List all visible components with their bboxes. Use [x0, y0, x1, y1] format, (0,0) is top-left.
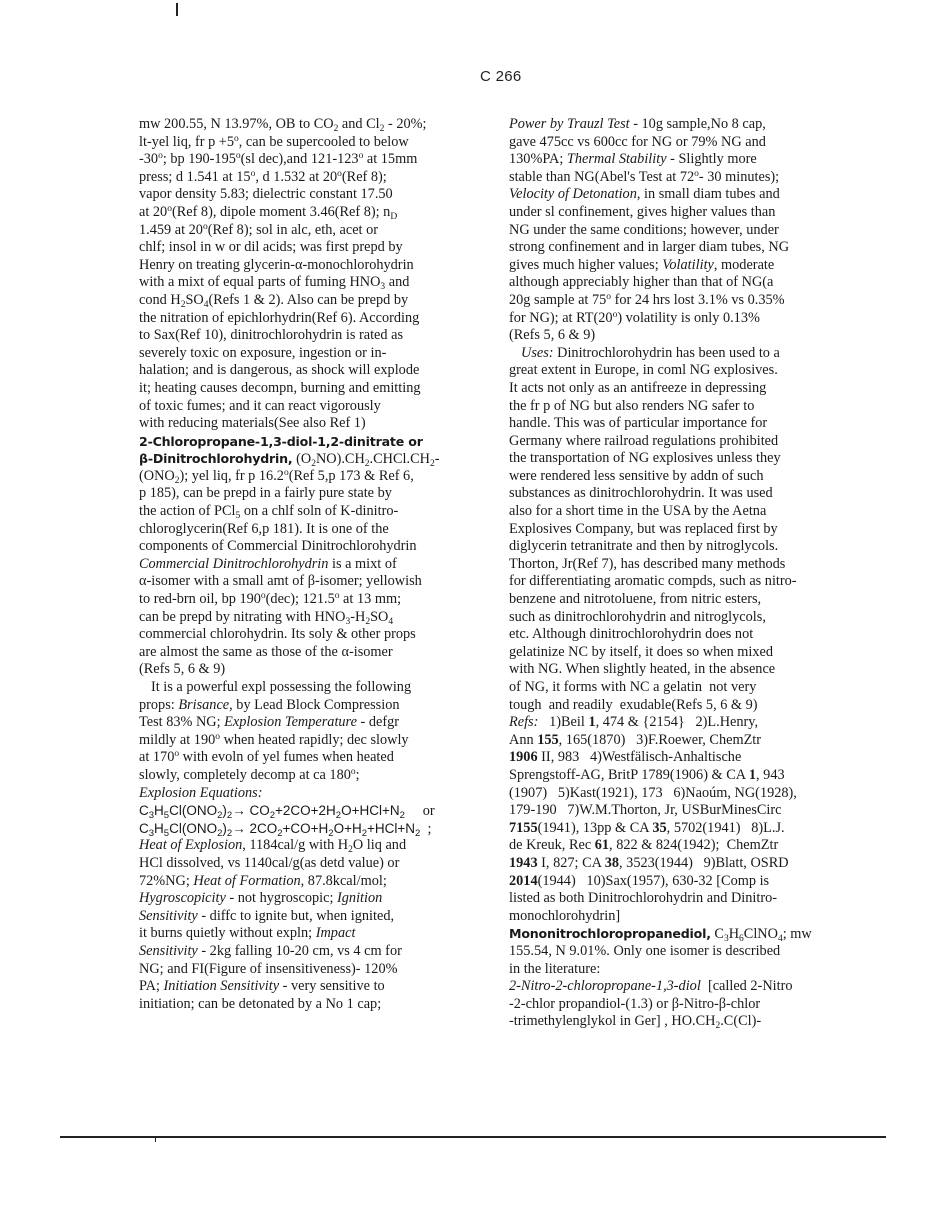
text-line: gives much higher values; Volatility, mo… — [509, 257, 859, 275]
left-text-column: mw 200.55, N 13.97%, OB to CO2 and Cl2 -… — [139, 116, 479, 1013]
text-line: etc. Although dinitrochlorohydrin does n… — [509, 626, 859, 644]
text-line: chlf; insol in w or dil acids; was first… — [139, 239, 479, 257]
text-line: Ann 155, 165(1870) 3)F.Roewer, ChemZtr — [509, 732, 859, 750]
right-text-column: Power by Trauzl Test - 10g sample,No 8 c… — [509, 116, 859, 1031]
text-line: diglycerin tetranitrate and then by nitr… — [509, 538, 859, 556]
text-line: cond H2SO4(Refs 1 & 2). Also can be prep… — [139, 292, 479, 310]
text-line: components of Commercial Dinitrochlorohy… — [139, 538, 479, 556]
text-line: Sensitivity - diffc to ignite but, when … — [139, 908, 479, 926]
text-line: can be prepd by nitrating with HNO3-H2SO… — [139, 609, 479, 627]
text-line: Sprengstoff-AG, BritP 1789(1906) & CA 1,… — [509, 767, 859, 785]
page-number: C 266 — [480, 68, 522, 85]
text-line: 7155(1941), 13pp & CA 35, 5702(1941) 8)L… — [509, 820, 859, 838]
text-line: It is a powerful expl possessing the fol… — [139, 679, 479, 697]
text-line: at 170o with evoln of yel fumes when hea… — [139, 749, 479, 767]
text-line: Henry on treating glycerin-α-monochloroh… — [139, 257, 479, 275]
text-line: gave 475cc vs 600cc for NG or 79% NG and — [509, 134, 859, 152]
text-line: 20g sample at 75o for 24 hrs lost 3.1% v… — [509, 292, 859, 310]
text-line: to Sax(Ref 10), dinitrochlorohydrin is r… — [139, 327, 479, 345]
text-line: it burns quietly without expln; Impact — [139, 925, 479, 943]
text-line: were rendered less sensitive by addn of … — [509, 468, 859, 486]
text-line: commercial chlorohydrin. Its soly & othe… — [139, 626, 479, 644]
text-line: β-Dinitrochlorohydrin, (O2NO).CH2.CHCl.C… — [139, 450, 479, 468]
text-line: C3H5Cl(ONO2)2→ 2CO2+CO+H2O+H2+HCl+N2 ; — [139, 820, 479, 838]
text-line: 155.54, N 9.01%. Only one isomer is desc… — [509, 943, 859, 961]
text-line: (ONO2); yel liq, fr p 16.2o(Ref 5,p 173 … — [139, 468, 479, 486]
text-line: Germany where railroad regulations prohi… — [509, 433, 859, 451]
text-line: initiation; can be detonated by a No 1 c… — [139, 996, 479, 1014]
text-line: the action of PCl5 on a chlf soln of K-d… — [139, 503, 479, 521]
text-line: 1943 I, 827; CA 38, 3523(1944) 9)Blatt, … — [509, 855, 859, 873]
text-line: props: Brisance, by Lead Block Compressi… — [139, 697, 479, 715]
text-line: Explosion Equations: — [139, 785, 479, 803]
text-line: Commercial Dinitrochlorohydrin is a mixt… — [139, 556, 479, 574]
text-line: the transportation of NG explosives unle… — [509, 450, 859, 468]
scan-margin-mark — [176, 3, 178, 16]
text-line: Mononitrochloropropanediol, C3H6ClNO4; m… — [509, 925, 859, 943]
text-line: stable than NG(Abel's Test at 72o- 30 mi… — [509, 169, 859, 187]
text-line: with NG. When slightly heated, in the ab… — [509, 661, 859, 679]
text-line: for differentiating aromatic compds, suc… — [509, 573, 859, 591]
text-line: strong confinement and in larger diam tu… — [509, 239, 859, 257]
text-line: with a mixt of equal parts of fuming HNO… — [139, 274, 479, 292]
text-line: for NG); at RT(20o) volatility is only 0… — [509, 310, 859, 328]
text-line: (1907) 5)Kast(1921), 173 6)Naoúm, NG(192… — [509, 785, 859, 803]
text-line: handle. This was of particular importanc… — [509, 415, 859, 433]
text-line: although appreciably higher than that of… — [509, 274, 859, 292]
text-line: to red-brn oil, bp 190o(dec); 121.5o at … — [139, 591, 479, 609]
text-line: such as dinitrochlorohydrin and nitrogly… — [509, 609, 859, 627]
text-line: 2014(1944) 10)Sax(1957), 630-32 [Comp is — [509, 873, 859, 891]
footer-rule — [60, 1136, 886, 1138]
text-line: 2-Chloropropane-1,3-diol-1,2-dinitrate o… — [139, 433, 479, 451]
text-line: Uses: Dinitrochlorohydrin has been used … — [509, 345, 859, 363]
text-line: p 185), can be prepd in a fairly pure st… — [139, 485, 479, 503]
text-line: gelatinize NC by itself, it does so when… — [509, 644, 859, 662]
text-line: benzene and nitrotoluene, from nitric es… — [509, 591, 859, 609]
text-line: C3H5Cl(ONO2)2→ CO2+2CO+2H2O+HCl+N2 or — [139, 802, 479, 820]
text-line: NG under the same conditions; however, u… — [509, 222, 859, 240]
text-line: press; d 1.541 at 15o, d 1.532 at 20o(Re… — [139, 169, 479, 187]
text-line: 130%PA; Thermal Stability - Slightly mor… — [509, 151, 859, 169]
text-line: great extent in Europe, in coml NG explo… — [509, 362, 859, 380]
text-line: 179-190 7)W.M.Thorton, Jr, USBurMinesCir… — [509, 802, 859, 820]
text-line: HCl dissolved, vs 1140cal/g(as detd valu… — [139, 855, 479, 873]
text-line: tough and readily exudable(Refs 5, 6 & 9… — [509, 697, 859, 715]
text-line: monochlorohydrin] — [509, 908, 859, 926]
text-line: of NG, it forms with NC a gelatin not ve… — [509, 679, 859, 697]
text-line: vapor density 5.83; dielectric constant … — [139, 186, 479, 204]
text-line: slowly, completely decomp at ca 180o; — [139, 767, 479, 785]
text-line: at 20o(Ref 8), dipole moment 3.46(Ref 8)… — [139, 204, 479, 222]
text-line: lt-yel liq, fr p +5o, can be supercooled… — [139, 134, 479, 152]
text-line: NG; and FI(Figure of insensitiveness)- 1… — [139, 961, 479, 979]
text-line: Refs: 1)Beil 1, 474 & {2154} 2)L.Henry, — [509, 714, 859, 732]
text-line: chloroglycerin(Ref 6,p 181). It is one o… — [139, 521, 479, 539]
text-line: the fr p of NG but also renders NG safer… — [509, 398, 859, 416]
text-line: de Kreuk, Rec 61, 822 & 824(1942); ChemZ… — [509, 837, 859, 855]
text-line: substances as dinitrochlorohydrin. It wa… — [509, 485, 859, 503]
text-line: Heat of Explosion, 1184cal/g with H2O li… — [139, 837, 479, 855]
text-line: α-isomer with a small amt of β-isomer; y… — [139, 573, 479, 591]
text-line: the nitration of epichlorhydrin(Ref 6). … — [139, 310, 479, 328]
text-line: Test 83% NG; Explosion Temperature - def… — [139, 714, 479, 732]
text-line: 2-Nitro-2-chloropropane-1,3-diol [called… — [509, 978, 859, 996]
text-line: 72%NG; Heat of Formation, 87.8kcal/mol; — [139, 873, 479, 891]
text-line: halation; and is dangerous, as shock wil… — [139, 362, 479, 380]
text-line: mw 200.55, N 13.97%, OB to CO2 and Cl2 -… — [139, 116, 479, 134]
text-line: in the literature: — [509, 961, 859, 979]
text-line: Thorton, Jr(Ref 7), has described many m… — [509, 556, 859, 574]
text-line: listed as both Dinitrochlorohydrin and D… — [509, 890, 859, 908]
text-line: 1.459 at 20o(Ref 8); sol in alc, eth, ac… — [139, 222, 479, 240]
text-line: -30o; bp 190-195o(sl dec),and 121-123o a… — [139, 151, 479, 169]
text-line: severely toxic on exposure, ingestion or… — [139, 345, 479, 363]
text-line: -trimethylenglykol in Ger] , HO.CH2.C(Cl… — [509, 1013, 859, 1031]
text-line: mildly at 190o when heated rapidly; dec … — [139, 732, 479, 750]
text-line: Power by Trauzl Test - 10g sample,No 8 c… — [509, 116, 859, 134]
text-line: Explosives Company, but was replaced fir… — [509, 521, 859, 539]
footer-rule-tick — [155, 1136, 156, 1142]
text-line: are almost the same as those of the α-is… — [139, 644, 479, 662]
text-line: Sensitivity - 2kg falling 10-20 cm, vs 4… — [139, 943, 479, 961]
text-line: with reducing materials(See also Ref 1) — [139, 415, 479, 433]
text-line: Hygroscopicity - not hygroscopic; Igniti… — [139, 890, 479, 908]
text-line: 1906 II, 983 4)Westfälisch-Anhaltische — [509, 749, 859, 767]
text-line: also for a short time in the USA by the … — [509, 503, 859, 521]
text-line: Velocity of Detonation, in small diam tu… — [509, 186, 859, 204]
text-line: under sl confinement, gives higher value… — [509, 204, 859, 222]
text-line: of toxic fumes; and it can react vigorou… — [139, 398, 479, 416]
text-line: -2-chlor propandiol-(1.3) or β-Nitro-β-c… — [509, 996, 859, 1014]
text-line: It acts not only as an antifreeze in dep… — [509, 380, 859, 398]
text-line: PA; Initiation Sensitivity - very sensit… — [139, 978, 479, 996]
text-line: (Refs 5, 6 & 9) — [139, 661, 479, 679]
text-line: (Refs 5, 6 & 9) — [509, 327, 859, 345]
text-line: it; heating causes decompn, burning and … — [139, 380, 479, 398]
